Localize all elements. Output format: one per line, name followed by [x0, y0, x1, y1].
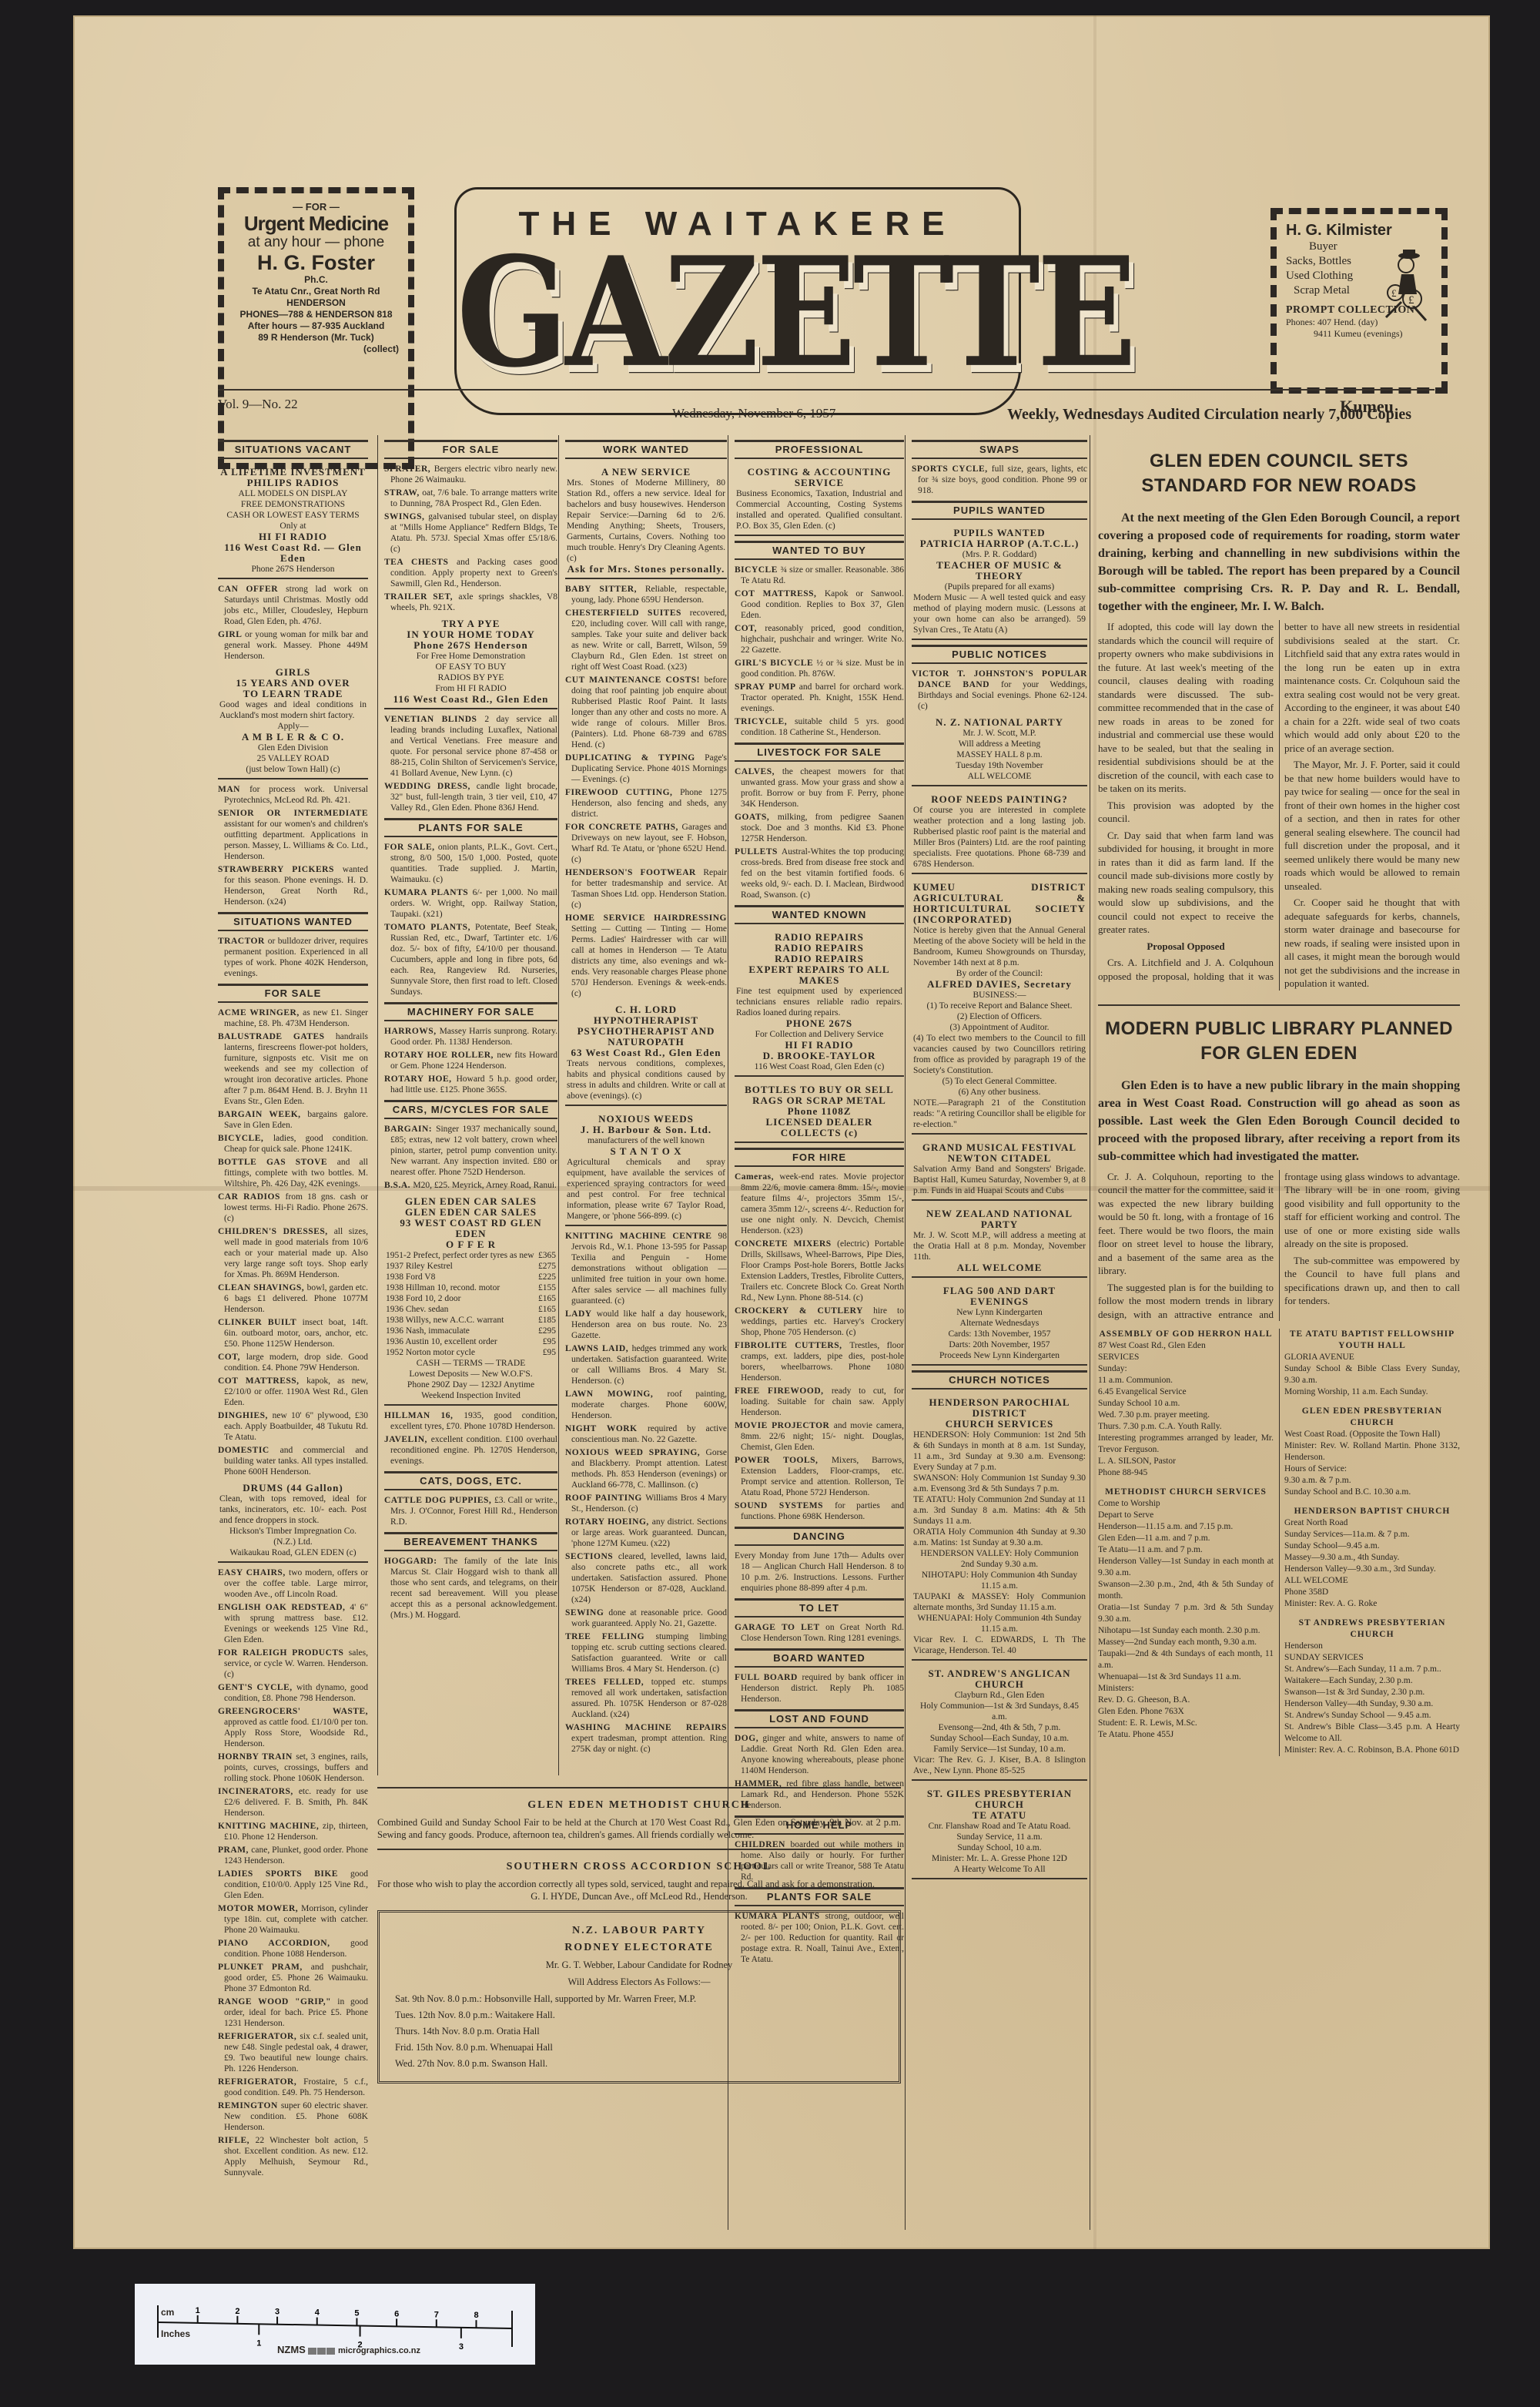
church-line: Wed. 7.30 p.m. prayer meeting. — [1098, 1410, 1274, 1421]
classified-keyword: ROTARY HOE, — [384, 1074, 456, 1084]
block-line: RADIO REPAIRS — [736, 943, 902, 954]
notice-labour-party: N.Z. LABOUR PARTYRODNEY ELECTORATEMr. G.… — [377, 1910, 901, 2083]
classified-list: BABY SITTER, Reliable, respectable, youn… — [565, 584, 727, 999]
classified-keyword: COT MATTRESS, — [735, 589, 825, 598]
block-line: (just below Town Hall) (c) — [219, 764, 367, 775]
block-line: 116 West Coast Rd., Glen Eden — [386, 694, 556, 705]
section-heading: CARS, M/CYCLES FOR SALE — [384, 1100, 557, 1119]
ad-drums: DRUMS (44 Gallon)Clean, with tops remove… — [218, 1480, 368, 1563]
block-line: Fine test equipment used by experienced … — [736, 986, 902, 1018]
block-line: Of course you are interested in complete… — [913, 805, 1086, 870]
classified-item: BARGAIN WEEK, bargains galore. Save in G… — [218, 1109, 368, 1131]
car-listing: 1938 Ford 10, 2 door£165 — [386, 1293, 556, 1304]
classified-keyword: PULLETS — [735, 847, 782, 857]
classified-keyword: STRAWBERRY PICKERS — [218, 865, 343, 874]
ad-subline: at any hour — phone — [233, 234, 399, 251]
classified-keyword: INCINERATORS, — [218, 1787, 299, 1796]
classified-list: FOR SALE, onion plants, P.L.K., Govt. Ce… — [384, 842, 557, 997]
block-line: TE ATATU: Holy Communion 2nd Sunday at 1… — [913, 1494, 1086, 1527]
classified-item: ROOF PAINTING Williams Bros 4 Mary St., … — [565, 1493, 727, 1514]
classified-item: LADIES SPORTS BIKE good condition, £10/0… — [218, 1869, 368, 1901]
classified-item: ROTARY HOE ROLLER, new fits Howard or Ge… — [384, 1050, 557, 1071]
svg-text:6: 6 — [394, 2309, 399, 2318]
classified-keyword: CHILDREN'S DRESSES, — [218, 1227, 334, 1236]
block-line: Family Service—1st Sunday, 10 a.m. — [913, 1744, 1086, 1755]
classified-item: MOTOR MOWER, Morrison, cylinder type 18i… — [218, 1903, 368, 1936]
classified-keyword: SWINGS, — [384, 512, 428, 521]
church-directory: ASSEMBLY OF GOD HERRON HALL87 West Coast… — [1098, 1329, 1460, 1756]
classified-keyword: EASY CHAIRS, — [218, 1568, 289, 1577]
classified-keyword: NOXIOUS WEED SPRAYING, — [565, 1448, 706, 1457]
block-line: Combined Guild and Sunday School Fair to… — [377, 1816, 901, 1841]
ad-after-hours-2: 89 R Henderson (Mr. Tuck) — [233, 332, 399, 344]
classified-item: TREE FELLING stumping limbing topping et… — [565, 1631, 727, 1675]
block-line: Sunday Service, 11 a.m. — [913, 1832, 1086, 1842]
classified-keyword: BARGAIN: — [384, 1125, 436, 1134]
block-heading: COSTING & ACCOUNTING SERVICE — [736, 467, 902, 488]
classified-keyword: TRACTOR — [218, 937, 268, 946]
block-line: ALL MODELS ON DISPLAY — [219, 488, 367, 499]
classified-keyword: BICYCLE — [735, 565, 780, 575]
block-line: EXPERT REPAIRS TO ALL MAKES — [736, 964, 902, 986]
church-line: Sunday School and B.C. 10.30 a.m. — [1284, 1487, 1460, 1498]
church-line: Phone 358D — [1284, 1587, 1460, 1598]
classified-keyword: HORNBY TRAIN — [218, 1752, 296, 1762]
classified-item: BABY SITTER, Reliable, respectable, youn… — [565, 584, 727, 605]
block-line: PHONE 267S — [736, 1018, 902, 1029]
block-line: Holy Communion—1st & 3rd Sundays, 8.45 a… — [913, 1701, 1086, 1722]
church-listing: TE ATATU BAPTIST FELLOWSHIP YOUTH HALLGL… — [1284, 1329, 1460, 1398]
classified-keyword: BALUSTRADE GATES — [218, 1032, 336, 1041]
column-classifieds-3: WORK WANTED A NEW SERVICEMrs. Stones of … — [558, 435, 727, 1775]
column-classifieds-1: SITUATIONS VACANT A LIFETIME INVESTMENTP… — [218, 435, 368, 2181]
classified-keyword: NIGHT WORK — [565, 1424, 648, 1433]
article-paragraph: Cr. Cooper said he thought that with ade… — [1284, 896, 1460, 991]
classified-keyword: LAWNS LAID, — [565, 1344, 632, 1353]
svg-text:4: 4 — [315, 2308, 320, 2318]
classified-keyword: MOTOR MOWER, — [218, 1904, 301, 1913]
block-line: TEACHER OF MUSIC & THEORY — [913, 560, 1086, 582]
classified-item: SOUND SYSTEMS for parties and functions.… — [735, 1500, 904, 1522]
block-line: HENDERSON: Holy Communion: 1st 2nd 5th &… — [913, 1430, 1086, 1473]
classified-item: MAN for process work. Universal Pyrotech… — [218, 784, 368, 806]
classified-keyword: Cameras, — [735, 1172, 779, 1182]
classified-keyword: STRAW, — [384, 488, 422, 498]
block-line: Clayburn Rd., Glen Eden — [913, 1690, 1086, 1701]
block-line: J. H. Barbour & Son. Ltd. — [567, 1125, 725, 1135]
section-heading: WANTED TO BUY — [735, 541, 904, 560]
classified-item: RANGE WOOD "GRIP," in good order, ideal … — [218, 1996, 368, 2029]
ad-noxious-weeds: NOXIOUS WEEDSJ. H. Barbour & Son. Ltd.ma… — [565, 1111, 727, 1226]
classified-item: FOR RALEIGH PRODUCTS sales, service, or … — [218, 1648, 368, 1680]
article-library: Cr. J. A. Colquhoun, reporting to the co… — [1098, 1170, 1460, 1322]
headline-roads: GLEN EDEN COUNCIL SETS STANDARD FOR NEW … — [1098, 449, 1460, 498]
classified-item: ENGLISH OAK REDSTEAD, 4' 6" with sprung … — [218, 1602, 368, 1645]
church-parochial: HENDERSON PAROCHIAL DISTRICTCHURCH SERVI… — [912, 1394, 1087, 1661]
block-line: (Pupils prepared for all exams) — [913, 582, 1086, 592]
church-line: Come to Worship — [1098, 1498, 1274, 1510]
svg-text:£: £ — [1391, 287, 1397, 299]
classified-item: CATTLE DOG PUPPIES, £3. Call or write., … — [384, 1495, 557, 1527]
block-line: 63 West Coast Rd., Glen Eden — [567, 1048, 725, 1058]
block-line: NOTE.—Paragraph 21 of the Constitution r… — [913, 1098, 1086, 1130]
church-line: West Coast Road. (Opposite the Town Hall… — [1284, 1429, 1460, 1440]
classified-keyword: FOR CONCRETE PATHS, — [565, 823, 682, 832]
church-line: Sunday School—9.45 a.m. — [1284, 1540, 1460, 1552]
classified-keyword: CATTLE DOG PUPPIES, — [384, 1496, 494, 1505]
block-line: Treats nervous conditions, complexes, ha… — [567, 1058, 725, 1101]
classified-keyword: PRAM, — [218, 1845, 251, 1855]
notice-national-party: NEW ZEALAND NATIONAL PARTYMr. J. W. Scot… — [912, 1205, 1087, 1278]
classified-keyword: SECTIONS — [565, 1552, 618, 1561]
church-line: ALL WELCOME — [1284, 1575, 1460, 1587]
classified-keyword: FOR RALEIGH PRODUCTS — [218, 1648, 349, 1658]
church-line: Henderson Valley—4th Sunday, 9.30 a.m. — [1284, 1698, 1460, 1710]
classified-keyword: TOMATO PLANTS, — [384, 923, 475, 932]
section-heading: LIVESTOCK FOR SALE — [735, 743, 904, 762]
section-heading: MACHINERY FOR SALE — [384, 1002, 557, 1021]
car-listing: 1937 Riley Kestrel£275 — [386, 1261, 556, 1272]
block-line: BUSINESS:— — [913, 990, 1086, 1001]
church-line: Rev. D. G. Gheeson, B.A. — [1098, 1695, 1274, 1706]
block-line: Good wages and ideal conditions in Auckl… — [219, 699, 367, 721]
block-line: A M B L E R & C O. — [219, 732, 367, 743]
classified-keyword: HENDERSON'S FOOTWEAR — [565, 868, 703, 877]
classified-item: FOR SALE, onion plants, P.L.K., Govt. Ce… — [384, 842, 557, 885]
classified-item: GIRL or young woman for milk bar and gen… — [218, 629, 368, 662]
car-sales-heading: GLEN EDEN CAR SALES — [386, 1196, 556, 1207]
block-line: Phone 267S Henderson — [386, 640, 556, 651]
ruler-cm-label: cm — [161, 2307, 174, 2318]
car-price: £185 — [538, 1315, 556, 1326]
classified-item: GREENGROCERS' WASTE, approved as cattle … — [218, 1706, 368, 1749]
classified-item: CLINKER BUILT insect boat, 14ft. 6in. ou… — [218, 1317, 368, 1349]
classified-keyword: VICTOR T. JOHNSTON'S POPULAR DANCE BAND — [912, 669, 1087, 689]
block-line: For those who wish to play the accordion… — [377, 1878, 901, 1890]
classified-item: ROTARY HOE, Howard 5 h.p. good order, ha… — [384, 1074, 557, 1095]
classified-item: BOTTLE GAS STOVE and all fittings, compl… — [218, 1157, 368, 1189]
classified-item: REFRIGERATOR, six c.f. sealed unit, new … — [218, 2031, 368, 2074]
notice-kumeu-society: KUMEU DISTRICT AGRICULTURAL & HORTICULTU… — [912, 879, 1087, 1135]
church-line: Student: E. R. Lewis, M.Sc. — [1098, 1718, 1274, 1729]
labour-heading: N.Z. LABOUR PARTY — [395, 1925, 883, 1937]
wide-notices: GLEN EDEN METHODIST CHURCHCombined Guild… — [377, 1787, 901, 2083]
block-line: Phone 267S Henderson — [219, 564, 367, 575]
block-line: HI FI RADIO — [736, 1040, 902, 1051]
classified-keyword: BICYCLE, — [218, 1134, 273, 1143]
block-line: OF EASY TO BUY — [386, 662, 556, 672]
classified-keyword: DOMESTIC — [218, 1446, 280, 1455]
ad-address: Te Atatu Cnr., Great North Rd — [233, 286, 399, 297]
classified-item: DINGHIES, new 10' 6" plywood, £30 each. … — [218, 1410, 368, 1443]
classified-item: WASHING MACHINE REPAIRS expert tradesman… — [565, 1722, 727, 1755]
classified-item: TOMATO PLANTS, Potentate, Beef Steak, Ru… — [384, 922, 557, 997]
classified-keyword: MAN — [218, 785, 249, 794]
classified-item: ACME WRINGER, as new £1. Singer machine,… — [218, 1007, 368, 1029]
block-line: Phone 1108Z — [736, 1106, 902, 1117]
lead-library: Glen Eden is to have a new public librar… — [1098, 1077, 1460, 1165]
classified-list: SPORTS CYCLE, full size, gears, lights, … — [912, 464, 1087, 496]
classified-keyword: CLINKER BUILT — [218, 1318, 303, 1327]
ad-philips-radios: A LIFETIME INVESTMENTPHILIPS RADIOSALL M… — [218, 464, 368, 579]
church-line: Massey—2nd Sunday each month, 9.30 a.m. — [1098, 1637, 1274, 1648]
classified-item: SPRAY PUMP and barrel for orchard work. … — [735, 682, 904, 714]
church-name: METHODIST CHURCH SERVICES — [1098, 1487, 1274, 1498]
car-price: £95 — [543, 1347, 556, 1358]
block-line: Mr. J. W. Scott, M.P. — [913, 728, 1086, 739]
car-sales-heading: O F F E R — [386, 1239, 556, 1250]
church-line: Taupaki—2nd & 4th Sundays of each month,… — [1098, 1648, 1274, 1671]
classified-keyword: BABY SITTER, — [565, 585, 645, 594]
column-notices: SWAPS SPORTS CYCLE, full size, gears, li… — [905, 435, 1087, 2230]
classified-list: SPRAYER, Bergers electric vibro nearly n… — [384, 464, 557, 613]
classified-list: HARROWS, Massey Harris sunprong. Rotary.… — [384, 1026, 557, 1095]
church-line: Whenuapai—1st & 3rd Sundays 11 a.m. — [1098, 1671, 1274, 1683]
church-name: ST ANDREWS PRESBYTERIAN CHURCH — [1284, 1618, 1460, 1641]
car-listing: 1951-2 Prefect, perfect order tyres as n… — [386, 1250, 556, 1261]
church-line: Glen Eden. Phone 763X — [1098, 1706, 1274, 1718]
classified-keyword: ROTARY HOE ROLLER, — [384, 1051, 497, 1060]
block-heading: BOTTLES TO BUY OR SELL — [736, 1084, 902, 1095]
article-paragraph: This provision was adopted by the counci… — [1098, 799, 1274, 826]
church-line: St. Andrew's—Each Sunday, 11 a.m. 7 p.m.… — [1284, 1664, 1460, 1675]
ad-name: H. G. Kilmister — [1286, 222, 1432, 240]
svg-text:1: 1 — [256, 2338, 261, 2348]
classified-keyword: TREE FELLING — [565, 1632, 655, 1641]
ad-headline: Urgent Medicine — [233, 213, 399, 234]
classified-item: STRAWBERRY PICKERS wanted for this seaso… — [218, 864, 368, 907]
car-listing: 1938 Ford V8£225 — [386, 1272, 556, 1282]
classified-item: MOVIE PROJECTOR and movie camera, 8mm. 2… — [735, 1420, 904, 1453]
svg-text:£: £ — [1408, 294, 1414, 307]
classified-keyword: CAR RADIOS — [218, 1192, 286, 1202]
section-heading: BOARD WANTED — [735, 1648, 904, 1668]
classified-item: FIREWOOD CUTTING, Phone 1275 Henderson, … — [565, 787, 727, 820]
block-line: New Lynn Kindergarten — [913, 1307, 1086, 1318]
church-line: Te Atatu—11 a.m. and 7 p.m. — [1098, 1544, 1274, 1556]
car-sales-line: Phone 290Z Day — 1232J Anytime — [386, 1379, 556, 1390]
church-line: Sunday School 10 a.m. — [1098, 1398, 1274, 1410]
car-sales-line: Lowest Deposits — New W.O.F'S. — [386, 1369, 556, 1379]
block-line: TE ATATU — [913, 1810, 1086, 1821]
classified-list: TRACTOR or bulldozer driver, requires pe… — [218, 936, 368, 979]
car-price: £165 — [538, 1304, 556, 1315]
classified-keyword: REFRIGERATOR, — [218, 2077, 303, 2087]
block-line: RADIOS BY PYE — [386, 672, 556, 683]
classified-keyword: CONCRETE MIXERS — [735, 1239, 837, 1249]
church-line: Great North Road — [1284, 1517, 1460, 1529]
classified-keyword: COT, — [218, 1353, 246, 1362]
section-heading: TO LET — [735, 1598, 904, 1618]
car-price: £295 — [538, 1326, 556, 1336]
block-heading: A NEW SERVICE — [567, 467, 725, 478]
classified-item: COT MATTRESS, Kapok or Sanwool. Good con… — [735, 588, 904, 621]
section-heading: WANTED KNOWN — [735, 905, 904, 924]
classified-keyword: HARROWS, — [384, 1027, 440, 1036]
car-price: £95 — [543, 1336, 556, 1347]
classified-list: BICYCLE ¾ size or smaller. Reasonable. 3… — [735, 565, 904, 738]
church-name: GLEN EDEN PRESBYTERIAN CHURCH — [1284, 1406, 1460, 1429]
block-line: TO LEARN TRADE — [219, 689, 367, 699]
notice-festival: GRAND MUSICAL FESTIVAL NEWTON CITADELSal… — [912, 1139, 1087, 1201]
classified-keyword: GOATS, — [735, 813, 778, 822]
block-line: A Hearty Welcome To All — [913, 1864, 1086, 1875]
block-heading: N. Z. NATIONAL PARTY — [913, 717, 1086, 728]
classified-keyword: KUMARA PLANTS — [384, 888, 473, 897]
block-heading: DRUMS (44 Gallon) — [219, 1483, 367, 1493]
circulation-note: Weekly, Wednesdays Audited Circulation n… — [1007, 406, 1411, 424]
section-heading: SITUATIONS WANTED — [218, 912, 368, 931]
church-name: HENDERSON BAPTIST CHURCH — [1284, 1506, 1460, 1517]
classified-keyword: TRAILER SET, — [384, 592, 458, 602]
classified-item: CAR RADIOS from 18 gns. cash or lowest t… — [218, 1192, 368, 1224]
classified-item: TRACTOR or bulldozer driver, requires pe… — [218, 936, 368, 979]
block-line: Agricultural chemicals and spray equipme… — [567, 1157, 725, 1222]
classified-keyword: MOVIE PROJECTOR — [735, 1421, 834, 1430]
classified-item: JAVELIN, excellent condition. £100 overh… — [384, 1434, 557, 1467]
classified-item: TREES FELLED, topped etc. stumps removed… — [565, 1677, 727, 1720]
classified-keyword: FOR SALE, — [384, 843, 438, 852]
classified-keyword: FIREWOOD CUTTING, — [565, 788, 680, 797]
column-news: GLEN EDEN COUNCIL SETS STANDARD FOR NEW … — [1090, 435, 1460, 2230]
classified-item: BICYCLE, ladies, good condition. Cheap f… — [218, 1133, 368, 1155]
classified-keyword: TRICYCLE, — [735, 717, 795, 726]
classified-item: CAN OFFER strong lad work on Saturdays u… — [218, 584, 368, 627]
headline-library: MODERN PUBLIC LIBRARY PLANNED FOR GLEN E… — [1098, 1004, 1460, 1066]
block-line: G. I. HYDE, Duncan Ave., off McLeod Rd.,… — [377, 1890, 901, 1902]
classified-keyword: RANGE WOOD "GRIP," — [218, 1997, 337, 2006]
classified-item: PRAM, cane, Plunket, good order. Phone 1… — [218, 1845, 368, 1866]
classified-keyword: FIBROLITE CUTTERS, — [735, 1341, 849, 1350]
section-heading: PROFESSIONAL — [735, 440, 904, 459]
block-line: Waikaukau Road, GLEN EDEN (c) — [219, 1547, 367, 1558]
block-heading: RADIO REPAIRS — [736, 932, 902, 943]
classified-item: HORNBY TRAIN set, 3 engines, rails, poin… — [218, 1752, 368, 1784]
ad-pye: TRY A PYEIN YOUR HOME TODAYPhone 267S He… — [384, 615, 557, 709]
ad-name: H. G. Foster — [233, 251, 399, 274]
church-line: Oratia—1st Sunday 7 p.m. 3rd & 5th Sunda… — [1098, 1602, 1274, 1625]
classified-keyword: KNITTING MACHINE CENTRE — [565, 1232, 718, 1241]
article-paragraph: The sub-committee was empowered by the C… — [1284, 1254, 1460, 1308]
block-line: Darts: 20th November, 1957 — [913, 1339, 1086, 1350]
classified-item: SENIOR OR INTERMEDIATE assistant for our… — [218, 808, 368, 862]
church-line: Waitakere—Each Sunday, 2.30 p.m. — [1284, 1675, 1460, 1687]
section-heading: SITUATIONS VACANT — [218, 440, 368, 459]
block-line: Cnr. Flanshaw Road and Te Atatu Road. — [913, 1821, 1086, 1832]
classified-item: HOME SERVICE HAIRDRESSING Setting — Cutt… — [565, 913, 727, 999]
block-heading: NEW ZEALAND NATIONAL PARTY — [913, 1209, 1086, 1230]
block-line: Only at — [219, 521, 367, 531]
block-heading: GIRLS — [219, 667, 367, 678]
church-line: Phone 88-945 — [1098, 1467, 1274, 1479]
ad-new-service: A NEW SERVICEMrs. Stones of Moderne Mill… — [565, 464, 727, 579]
classified-item: TRICYCLE, suitable child 5 yrs. good con… — [735, 716, 904, 738]
classified-item: KNITTING MACHINE, zip, thirteen, £10. Ph… — [218, 1821, 368, 1842]
classified-keyword: GIRL'S BICYCLE — [735, 659, 816, 668]
classified-keyword: JAVELIN, — [384, 1435, 431, 1444]
article-paragraph: The Mayor, Mr. J. F. Porter, said it cou… — [1284, 758, 1460, 893]
block-line: For Free Home Demonstration — [386, 651, 556, 662]
svg-text:3: 3 — [459, 2342, 464, 2352]
block-line: NIHOTAPU: Holy Communion 4th Sunday 11.1… — [913, 1570, 1086, 1591]
classified-keyword: REFRIGERATOR, — [218, 2032, 300, 2041]
classified-keyword: ENGLISH OAK REDSTEAD, — [218, 1603, 350, 1612]
article-paragraph: If adopted, this code will lay down the … — [1098, 620, 1274, 796]
classified-keyword: BOTTLE GAS STOVE — [218, 1158, 337, 1167]
classified-keyword: COT MATTRESS, — [218, 1376, 306, 1386]
block-heading: TRY A PYE — [386, 619, 556, 629]
block-line: ALL WELCOME — [913, 1262, 1086, 1273]
classified-item: KNITTING MACHINE CENTRE 98 Jervois Rd., … — [565, 1231, 727, 1306]
ad-ambler: GIRLS15 YEARS AND OVERTO LEARN TRADEGood… — [218, 664, 368, 779]
church-name: ASSEMBLY OF GOD HERRON HALL — [1098, 1329, 1274, 1340]
car-sales-heading: GLEN EDEN CAR SALES — [386, 1207, 556, 1218]
classified-list: VENETIAN BLINDS 2 day service all leadin… — [384, 714, 557, 813]
classified-item: TRAILER SET, axle springs shackles, V8 w… — [384, 592, 557, 613]
church-line: GLORIA AVENUE — [1284, 1352, 1460, 1363]
classified-item: FIBROLITE CUTTERS, Trestles, floor cramp… — [735, 1340, 904, 1383]
classified-item: COT MATTRESS, kapok, as new, £2/10/0 or … — [218, 1376, 368, 1408]
labour-heading: RODNEY ELECTORATE — [395, 1942, 883, 1954]
block-line: Vicar: The Rev. G. J. Kiser, B.A. 8 Isli… — [913, 1755, 1086, 1776]
classified-item: PLUNKET PRAM, and pushchair, good order,… — [218, 1962, 368, 1994]
labour-line: Mr. G. T. Webber, Labour Candidate for R… — [395, 1959, 883, 1971]
section-heading: DANCING — [735, 1527, 904, 1546]
classified-keyword: ROOF PAINTING — [565, 1493, 645, 1503]
classified-item: DOMESTIC and commercial and building wat… — [218, 1445, 368, 1477]
classified-item: DUPLICATING & TYPING Page's Duplicating … — [565, 753, 727, 785]
classified-item: SPRAYER, Bergers electric vibro nearly n… — [384, 464, 557, 485]
classified-keyword: LADIES SPORTS BIKE — [218, 1869, 350, 1879]
classified-keyword: CLEAN SHAVINGS, — [218, 1283, 307, 1292]
classified-list: GARAGE TO LET on Great North Rd. Close H… — [735, 1622, 904, 1644]
classified-item: TEA CHESTS and Packing cases good condit… — [384, 557, 557, 589]
labour-meeting: Sat. 9th Nov. 8.0 p.m.: Hobsonville Hall… — [395, 1993, 883, 2005]
classified-keyword: GIRL — [218, 630, 245, 639]
block-line: Evensong—2nd, 4th & 5th, 7 p.m. — [913, 1722, 1086, 1733]
classified-item: SECTIONS cleared, levelled, lawns laid, … — [565, 1551, 727, 1605]
block-line: TAUPAKI & MASSEY: Holy Communion alterna… — [913, 1591, 1086, 1613]
ad-phones: PHONES—788 & HENDERSON 818 — [233, 309, 399, 320]
svg-text:3: 3 — [275, 2308, 280, 2317]
block-line: Tuesday 19th November — [913, 760, 1086, 771]
article-roads: If adopted, this code will lay down the … — [1098, 620, 1460, 991]
block-heading: PUPILS WANTED — [913, 528, 1086, 538]
church-line: Henderson — [1284, 1641, 1460, 1652]
block-line: (2) Election of Officers. — [913, 1011, 1086, 1022]
car-sales-heading: 93 WEST COAST RD GLEN EDEN — [386, 1218, 556, 1239]
notice-flag-evenings: FLAG 500 AND DART EVENINGSNew Lynn Kinde… — [912, 1282, 1087, 1366]
classified-keyword: PLUNKET PRAM, — [218, 1963, 311, 1972]
labour-meeting: Tues. 12th Nov. 8.0 p.m.: Waitakere Hall… — [395, 2009, 883, 2021]
classified-list: CATTLE DOG PUPPIES, £3. Call or write., … — [384, 1495, 557, 1527]
car-listing: 1952 Norton motor cycle£95 — [386, 1347, 556, 1358]
block-line: Sunday School, 10 a.m. — [913, 1842, 1086, 1853]
block-line: For Collection and Delivery Service — [736, 1029, 902, 1040]
brand-site: micrographics.co.nz — [338, 2346, 420, 2355]
classified-keyword: SEWING — [565, 1608, 608, 1618]
classified-keyword: CALVES, — [735, 767, 782, 776]
car-price: £365 — [538, 1250, 556, 1261]
church-line: Morning Worship, 11 a.m. Each Sunday. — [1284, 1386, 1460, 1398]
classified-list: MAN for process work. Universal Pyrotech… — [218, 784, 368, 907]
classified-item: CHILDREN'S DRESSES, all sizes, well made… — [218, 1226, 368, 1280]
car-listing: 1936 Nash, immaculate£295 — [386, 1326, 556, 1336]
church-line: Henderson Valley—9.30 a.m., 3rd Sunday. — [1284, 1564, 1460, 1575]
block-heading: A LIFETIME INVESTMENT — [219, 467, 367, 478]
block-line: (5) To elect General Committee. — [913, 1076, 1086, 1087]
church-listing: ASSEMBLY OF GOD HERRON HALL87 West Coast… — [1098, 1329, 1274, 1479]
